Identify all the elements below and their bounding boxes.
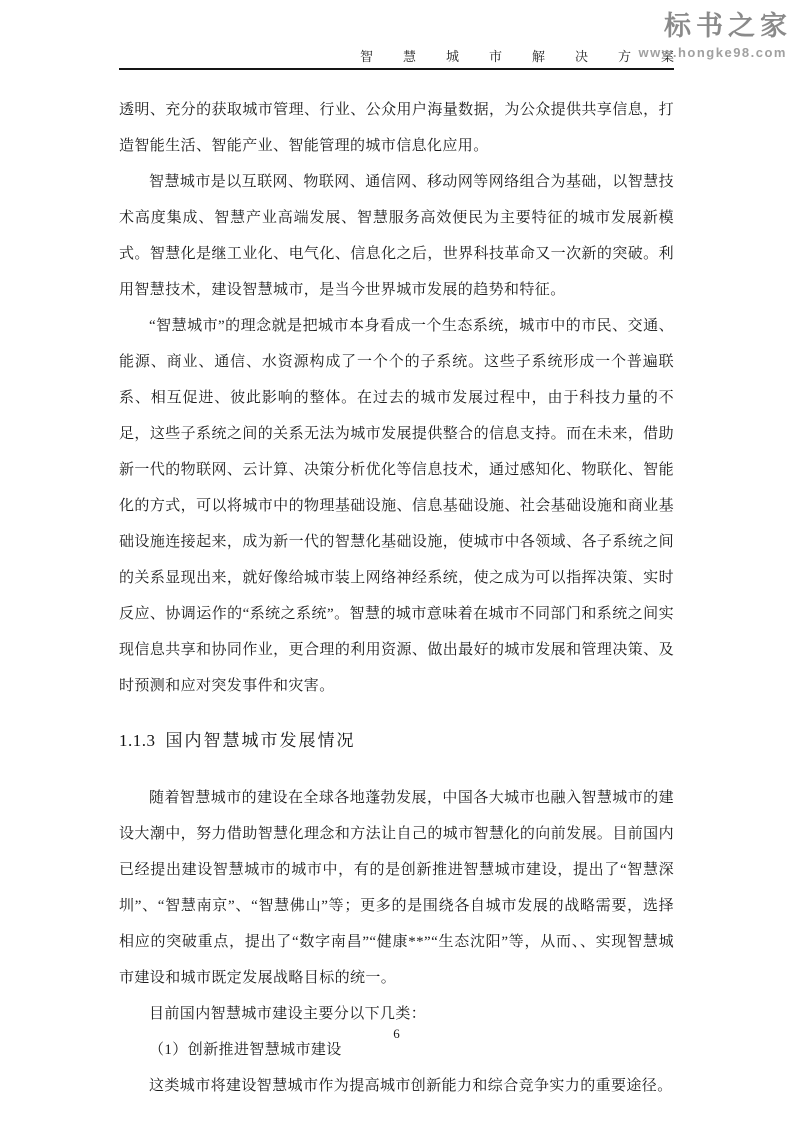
heading-title: 国内智慧城市发展情况 xyxy=(166,731,356,750)
page-footer: 6 xyxy=(0,1026,793,1042)
paragraph: 这类城市将建设智慧城市作为提高城市创新能力和综合竞争实力的重要途径。 xyxy=(119,1068,674,1104)
paragraph: “智慧城市”的理念就是把城市本身看成一个生态系统，城市中的市民、交通、能源、商业… xyxy=(119,308,674,704)
site-logo: 标书之家 xyxy=(639,10,793,44)
paragraph: 智慧城市是以互联网、物联网、通信网、移动网等网络组合为基础，以智慧技术高度集成、… xyxy=(119,164,674,308)
page-number: 6 xyxy=(393,1026,400,1041)
watermark: 标书之家 www.hongke98.com xyxy=(639,10,788,60)
document-page: 标书之家 www.hongke98.com 智慧城市解决方案 透明、充分的获取城… xyxy=(0,0,793,1121)
running-header: 智慧城市解决方案 xyxy=(119,0,674,70)
site-url: www.hongke98.com xyxy=(639,45,788,60)
document-body: 透明、充分的获取城市管理、行业、公众用户海量数据，为公众提供共享信息，打造智能生… xyxy=(119,92,674,1104)
section-heading: 1.1.3国内智慧城市发展情况 xyxy=(119,728,674,754)
paragraph: 随着智慧城市的建设在全球各地蓬勃发展，中国各大城市也融入智慧城市的建设大潮中，努… xyxy=(119,780,674,996)
heading-number: 1.1.3 xyxy=(119,731,156,750)
paragraph: 透明、充分的获取城市管理、行业、公众用户海量数据，为公众提供共享信息，打造智能生… xyxy=(119,92,674,164)
